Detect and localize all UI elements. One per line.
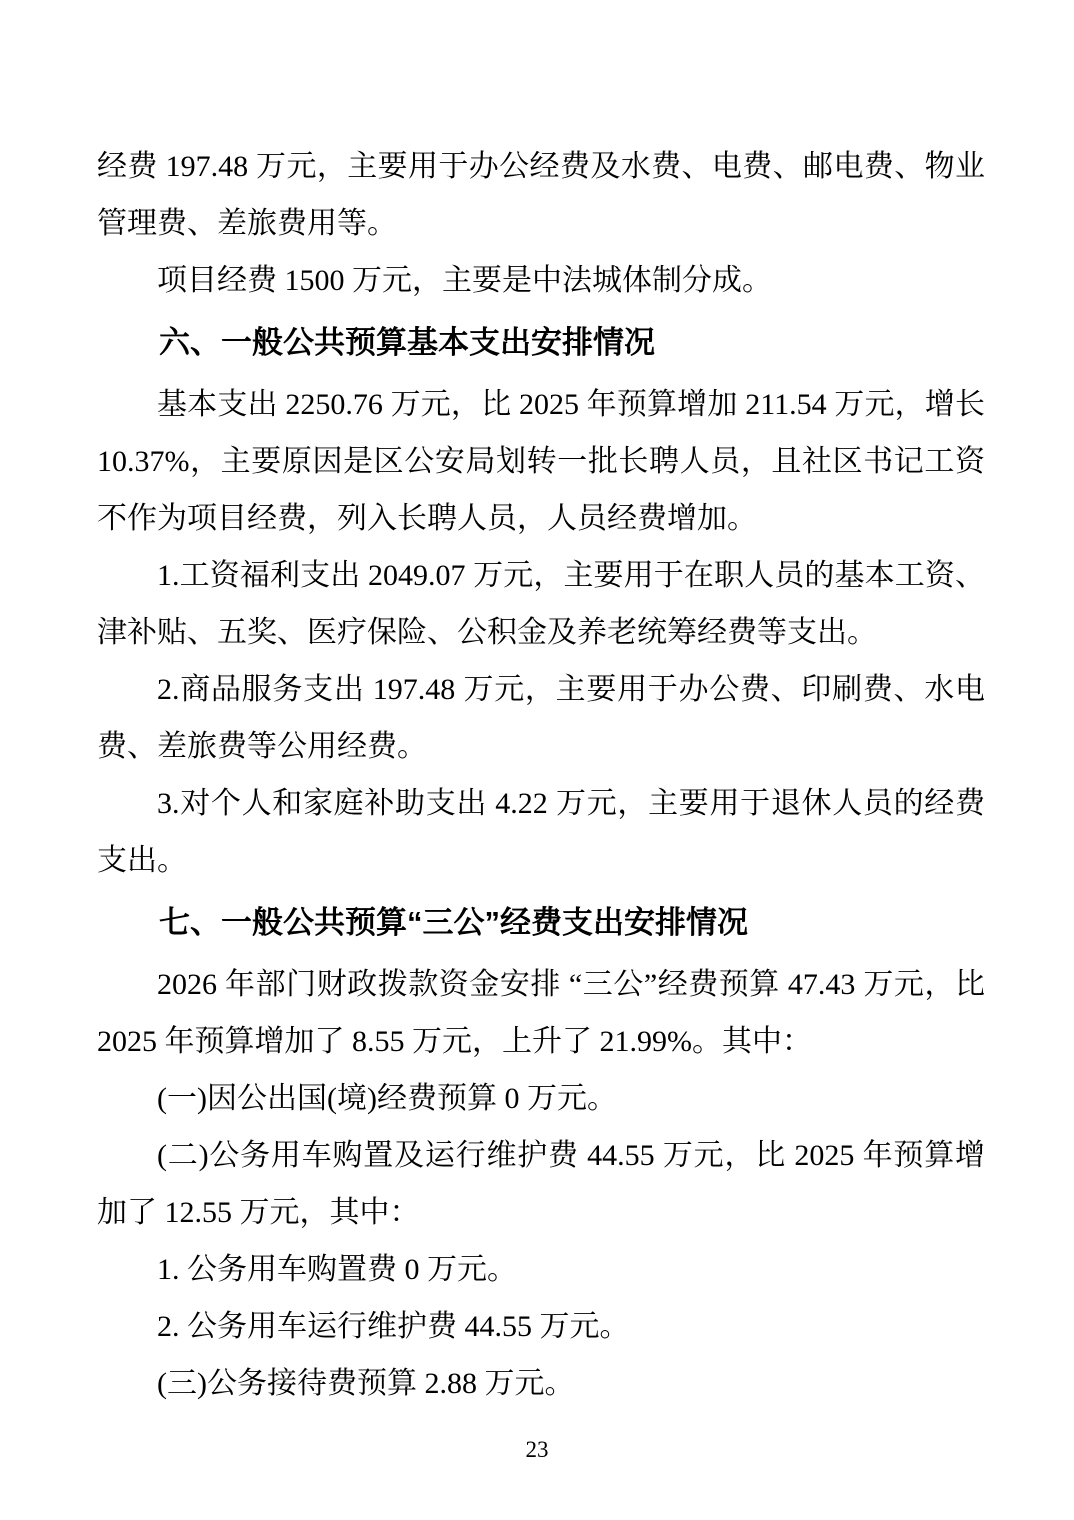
paragraph: 3.对个人和家庭补助支出 4.22 万元，主要用于退休人员的经费支出。 bbox=[97, 775, 985, 889]
page-number: 23 bbox=[0, 1438, 1074, 1462]
document-page: 经费 197.48 万元，主要用于办公经费及水费、电费、邮电费、物业管理费、差旅… bbox=[0, 0, 1074, 1520]
paragraph: 2. 公务用车运行维护费 44.55 万元。 bbox=[97, 1298, 985, 1355]
section-heading: 六、一般公共预算基本支出安排情况 bbox=[97, 314, 985, 371]
paragraph: 项目经费 1500 万元，主要是中法城体制分成。 bbox=[97, 252, 985, 309]
paragraph: 基本支出 2250.76 万元，比 2025 年预算增加 211.54 万元，增… bbox=[97, 376, 985, 547]
paragraph: (三)公务接待费预算 2.88 万元。 bbox=[97, 1355, 985, 1412]
paragraph: 1.工资福利支出 2049.07 万元，主要用于在职人员的基本工资、津补贴、五奖… bbox=[97, 547, 985, 661]
section-heading: 七、一般公共预算“三公”经费支出安排情况 bbox=[97, 894, 985, 951]
document-body: 经费 197.48 万元，主要用于办公经费及水费、电费、邮电费、物业管理费、差旅… bbox=[97, 138, 985, 1412]
paragraph: 经费 197.48 万元，主要用于办公经费及水费、电费、邮电费、物业管理费、差旅… bbox=[97, 138, 985, 252]
paragraph: (一)因公出国(境)经费预算 0 万元。 bbox=[97, 1070, 985, 1127]
paragraph: 1. 公务用车购置费 0 万元。 bbox=[97, 1241, 985, 1298]
paragraph: (二)公务用车购置及运行维护费 44.55 万元，比 2025 年预算增加了 1… bbox=[97, 1127, 985, 1241]
paragraph: 2.商品服务支出 197.48 万元，主要用于办公费、印刷费、水电费、差旅费等公… bbox=[97, 661, 985, 775]
paragraph: 2026 年部门财政拨款资金安排 “三公”经费预算 47.43 万元，比 202… bbox=[97, 956, 985, 1070]
